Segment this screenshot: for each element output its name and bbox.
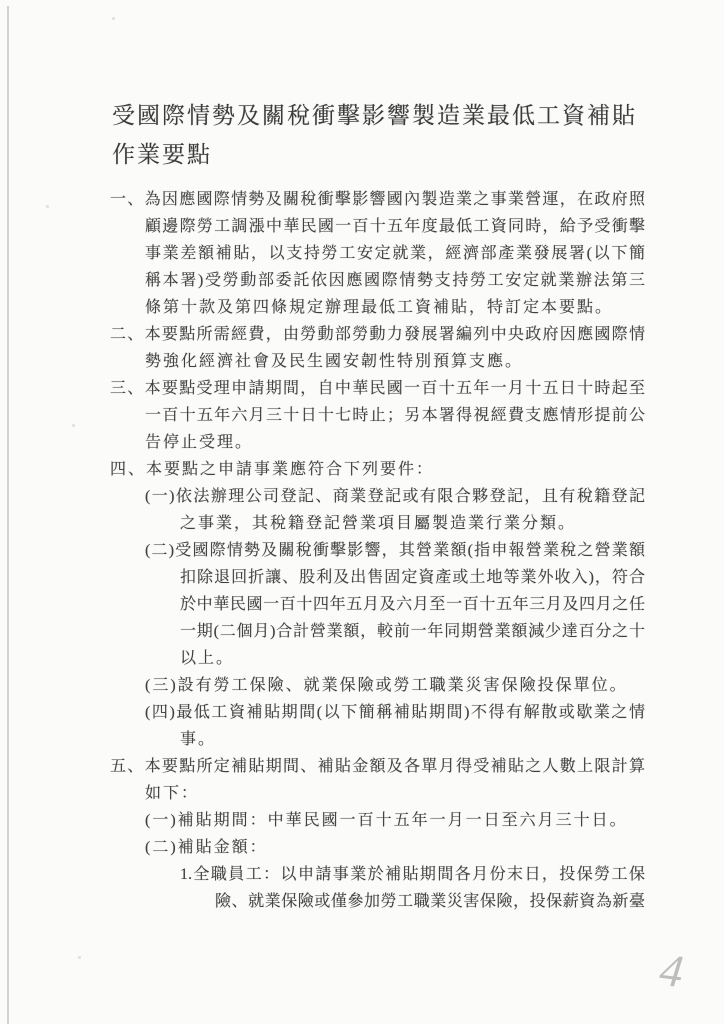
text-line: (四)最低工資補貼期間(以下簡稱補貼期間)不得有解散或歇業之情 [110,699,645,726]
text-line: 二、本要點所需經費，由勞動部勞動力發展署編列中央政府因應國際情 [110,321,645,348]
text-line: 條第十款及第四條規定辦理最低工資補貼，特訂定本要點。 [110,294,645,321]
text-line: 之事業，其稅籍登記營業項目屬製造業行業分類。 [110,510,645,537]
title-line-2: 作業要點 [112,135,637,174]
text-line: 稱本署)受勞動部委託依因應國際情勢支持勞工安定就業辦法第三 [110,267,645,294]
handwritten-page-number: 4 [657,943,686,998]
scan-speck [112,17,115,20]
text-line: (一)補貼期間：中華民國一百十五年一月一日至六月三十日。 [110,807,645,834]
scan-speck [78,956,81,959]
text-line: (三)設有勞工保險、就業保險或勞工職業災害保險投保單位。 [110,672,645,699]
document-body: 一、為因應國際情勢及關稅衝擊影響國內製造業之事業營運，在政府照顧邊際勞工調漲中華… [110,186,645,915]
document-page: 受國際情勢及關稅衝擊影響製造業最低工資補貼 作業要點 一、為因應國際情勢及關稅衝… [0,0,724,1024]
scan-artifact-line [7,6,9,1024]
text-line: 五、本要點所定補貼期間、補貼金額及各單月得受補貼之人數上限計算 [110,753,645,780]
text-line: (二)受國際情勢及關稅衝擊影響，其營業額(指申報營業稅之營業額 [110,537,645,564]
text-line: 1.全職員工：以申請事業於補貼期間各月份末日，投保勞工保 [110,861,645,888]
text-line: (一)依法辦理公司登記、商業登記或有限合夥登記，且有稅籍登記 [110,483,645,510]
text-line: 一百十五年六月三十日十七時止；另本署得視經費支應情形提前公 [110,402,645,429]
text-line: 一期(二個月)合計營業額，較前一年同期營業額減少達百分之十 [110,618,645,645]
text-line: 如下： [110,780,645,807]
scan-speck [72,424,75,427]
document-title: 受國際情勢及關稅衝擊影響製造業最低工資補貼 作業要點 [112,96,637,174]
text-line: 四、本要點之申請事業應符合下列要件： [110,456,645,483]
text-line: 告停止受理。 [110,429,645,456]
text-line: 於中華民國一百十四年五月及六月至一百十五年三月及四月之任 [110,591,645,618]
title-line-1: 受國際情勢及關稅衝擊影響製造業最低工資補貼 [112,96,637,135]
text-line: 扣除退回折讓、股利及出售固定資產或土地等業外收入)，符合 [110,564,645,591]
text-line: 事。 [110,726,645,753]
text-line: 三、本要點受理申請期間，自中華民國一百十五年一月十五日十時起至 [110,375,645,402]
text-line: 顧邊際勞工調漲中華民國一百十五年度最低工資同時，給予受衝擊 [110,213,645,240]
text-line: 事業差額補貼，以支持勞工安定就業，經濟部產業發展署(以下簡 [110,240,645,267]
text-line: 險、就業保險或僅參加勞工職業災害保險，投保薪資為新臺 [110,888,645,915]
scan-speck [46,205,49,208]
text-line: 以上。 [110,645,645,672]
text-line: (二)補貼金額： [110,834,645,861]
text-line: 勢強化經濟社會及民生國安韌性特別預算支應。 [110,348,645,375]
text-line: 一、為因應國際情勢及關稅衝擊影響國內製造業之事業營運，在政府照 [110,186,645,213]
